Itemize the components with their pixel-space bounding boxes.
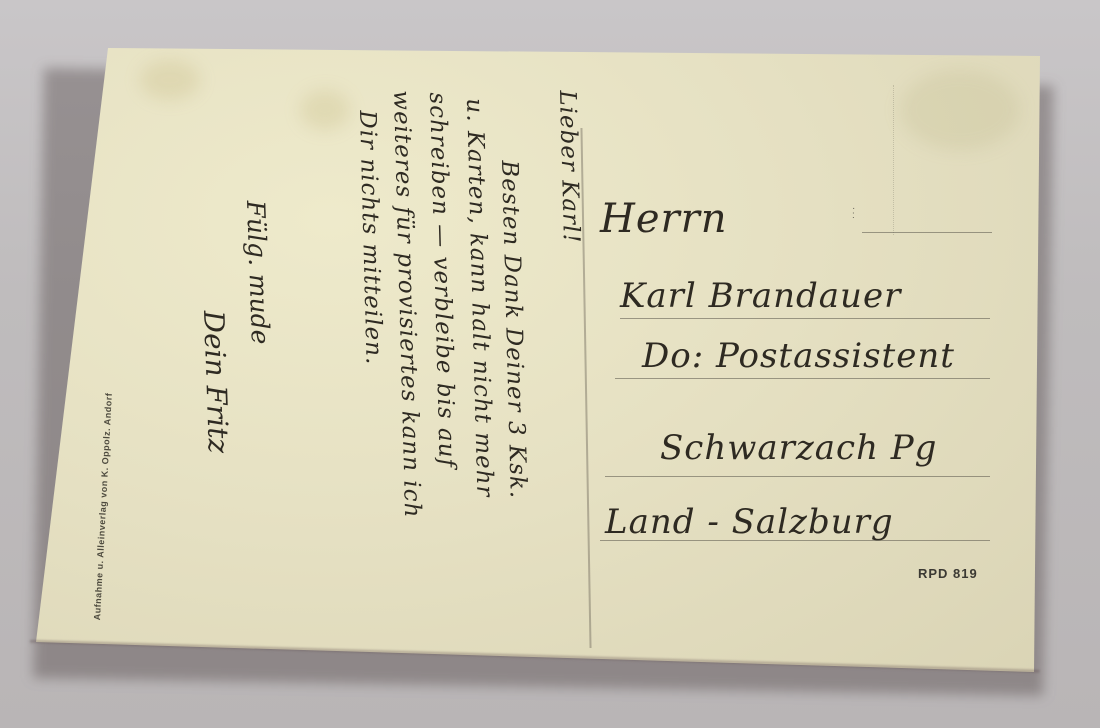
message-line: schreiben — verbleibe bis auf [424, 92, 460, 468]
address-line [605, 476, 990, 477]
address-line [615, 378, 990, 379]
message-line: weiteres für provisiertes kann ich [388, 90, 425, 519]
address-region: Land - Salzburg [605, 502, 894, 542]
address-title: Do: Postassistent [642, 336, 955, 376]
catalog-number: RPD 819 [918, 566, 978, 581]
address-name: Karl Brandauer [620, 276, 901, 316]
stamp-area-marks: ·: [852, 205, 855, 219]
publisher-imprint: Aufnahme u. Alleinverlag von K. Oppolz. … [92, 392, 114, 620]
stamp-guide-line [862, 232, 992, 233]
address-town: Schwarzach Pg [660, 428, 937, 468]
message-line: Dir nichts mitteilen. [354, 110, 387, 366]
address-line [600, 540, 990, 541]
paper-stain [300, 90, 350, 130]
paper-stain [140, 60, 200, 100]
signature: Dein Fritz [197, 310, 235, 454]
message-closing: Fülg. mude [241, 200, 275, 345]
center-divider [580, 128, 591, 648]
message-line: Besten Dank Deiner 3 Ksk. [496, 160, 531, 499]
address-salutation: Herrn [600, 196, 728, 242]
message-greeting: Lieber Karl! [554, 90, 584, 244]
stamp-area [893, 85, 1014, 235]
address-line [620, 318, 990, 319]
message-line: u. Karten, kann halt nicht mehr [461, 98, 497, 498]
postcard-back: Aufnahme u. Alleinverlag von K. Oppolz. … [0, 0, 1100, 728]
